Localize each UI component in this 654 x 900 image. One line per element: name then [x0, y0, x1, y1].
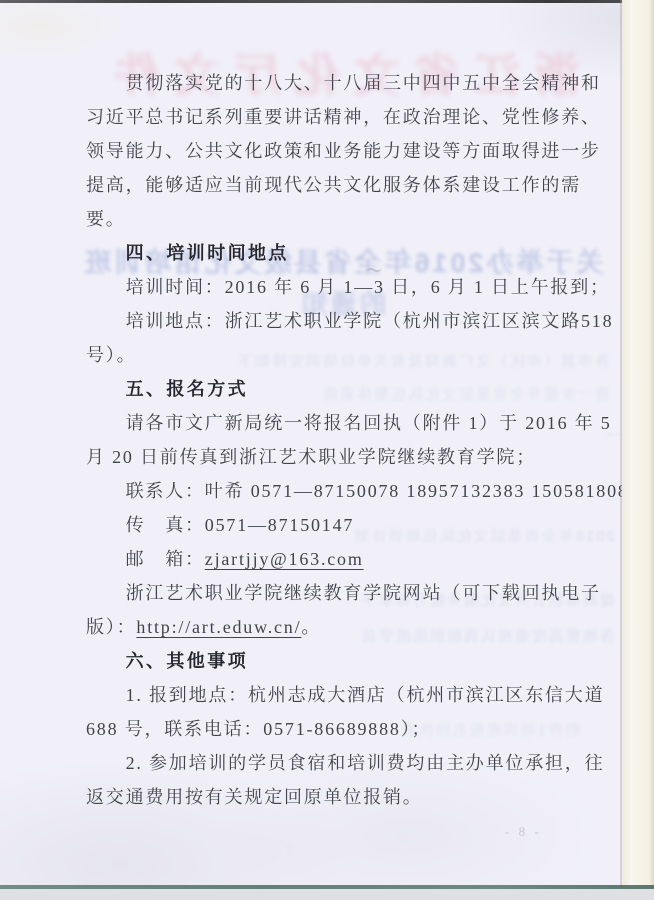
text-line: 2. 参加培训的学员食宿和培训费均由主办单位承担，往 — [86, 746, 616, 780]
text-line: 邮 箱：zjartjjy@163.com — [86, 542, 616, 576]
link-text: http://art.eduw.cn/ — [136, 617, 301, 637]
text-span: 提高，能够适应当前现代公共文化服务体系建设工作的需 — [86, 175, 581, 195]
text-line: 提高，能够适应当前现代公共文化服务体系建设工作的需 — [86, 168, 616, 202]
scan-top-edge — [0, 0, 654, 3]
link-text: zjartjjy@163.com — [205, 549, 364, 569]
text-span: 贯彻落实党的十八大、十八届三中四中五中全会精神和 — [126, 73, 601, 93]
text-span: 月 20 日前传真到浙江艺术职业学院继续教育学院； — [86, 447, 536, 467]
text-span: 五、报名方式 — [126, 379, 248, 399]
text-line: 月 20 日前传真到浙江艺术职业学院继续教育学院； — [86, 440, 616, 474]
text-span: 浙江艺术职业学院继续教育学院网站（可下载回执电子 — [126, 583, 601, 603]
text-span: 四、培训时间地点 — [126, 243, 289, 263]
text-span: 六、其他事项 — [126, 651, 248, 671]
text-line: 版）：http://art.eduw.cn/。 — [86, 610, 616, 644]
text-line: 领导能力、公共文化政策和业务能力建设等方面取得进一步 — [86, 134, 616, 168]
text-line: 培训时间：2016 年 6 月 1—3 日，6 月 1 日上午报到； — [86, 270, 616, 304]
scan-bottom-strip — [0, 889, 654, 900]
text-span: 版）： — [86, 617, 136, 637]
scan-right-strip — [622, 0, 654, 888]
section-heading: 四、培训时间地点 — [86, 236, 616, 270]
text-line: 贯彻落实党的十八大、十八届三中四中五中全会精神和 — [86, 66, 616, 100]
text-line: 688 号，联系电话：0571-86689888）； — [86, 712, 616, 746]
section-heading: 六、其他事项 — [86, 644, 616, 678]
text-span: 联系人：叶希 0571—87150078 18957132383 1505818… — [126, 481, 651, 501]
text-span: 传 真：0571—87150147 — [126, 515, 355, 535]
scanned-page: 浙江省文化厅文件关于举办2016年全省县级文化馆培训班的通知各市县（市区）文广新… — [0, 0, 654, 900]
text-span: 号）。 — [86, 345, 136, 365]
text-span: 。 — [301, 617, 321, 637]
text-line: 培训地点：浙江艺术职业学院（杭州市滨江区滨文路518 — [86, 304, 616, 338]
text-line: 习近平总书记系列重要讲话精神，在政治理论、党性修养、 — [86, 100, 616, 134]
text-span: 培训地点：浙江艺术职业学院（杭州市滨江区滨文路518 — [126, 311, 614, 331]
text-span: 培训时间：2016 年 6 月 1—3 日，6 月 1 日上午报到； — [126, 277, 610, 297]
text-line: 号）。 — [86, 338, 616, 372]
text-line: 返交通费用按有关规定回原单位报销。 — [86, 780, 616, 814]
text-line: 联系人：叶希 0571—87150078 18957132383 1505818… — [86, 474, 616, 508]
text-line: 浙江艺术职业学院继续教育学院网站（可下载回执电子 — [86, 576, 616, 610]
text-span: 领导能力、公共文化政策和业务能力建设等方面取得进一步 — [86, 141, 601, 161]
page-number: - 8 - — [505, 824, 542, 840]
text-line: 要。 — [86, 202, 616, 236]
text-span: 请各市文广新局统一将报名回执（附件 1）于 2016 年 5 — [126, 413, 612, 433]
text-span: 2. 参加培训的学员食宿和培训费均由主办单位承担，往 — [126, 753, 605, 773]
text-span: 返交通费用按有关规定回原单位报销。 — [86, 787, 423, 807]
text-span: 1. 报到地点：杭州志成大酒店（杭州市滨江区东信大道 — [126, 685, 605, 705]
text-line: 传 真：0571—87150147 — [86, 508, 616, 542]
text-span: 688 号，联系电话：0571-86689888）； — [86, 719, 431, 739]
text-span: 习近平总书记系列重要讲话精神，在政治理论、党性修养、 — [86, 107, 601, 127]
text-span: 邮 箱： — [126, 549, 205, 569]
text-span: 要。 — [86, 209, 126, 229]
section-heading: 五、报名方式 — [86, 372, 616, 406]
document-body: 贯彻落实党的十八大、十八届三中四中五中全会精神和习近平总书记系列重要讲话精神，在… — [86, 66, 616, 814]
text-line: 请各市文广新局统一将报名回执（附件 1）于 2016 年 5 — [86, 406, 616, 440]
text-line: 1. 报到地点：杭州志成大酒店（杭州市滨江区东信大道 — [86, 678, 616, 712]
